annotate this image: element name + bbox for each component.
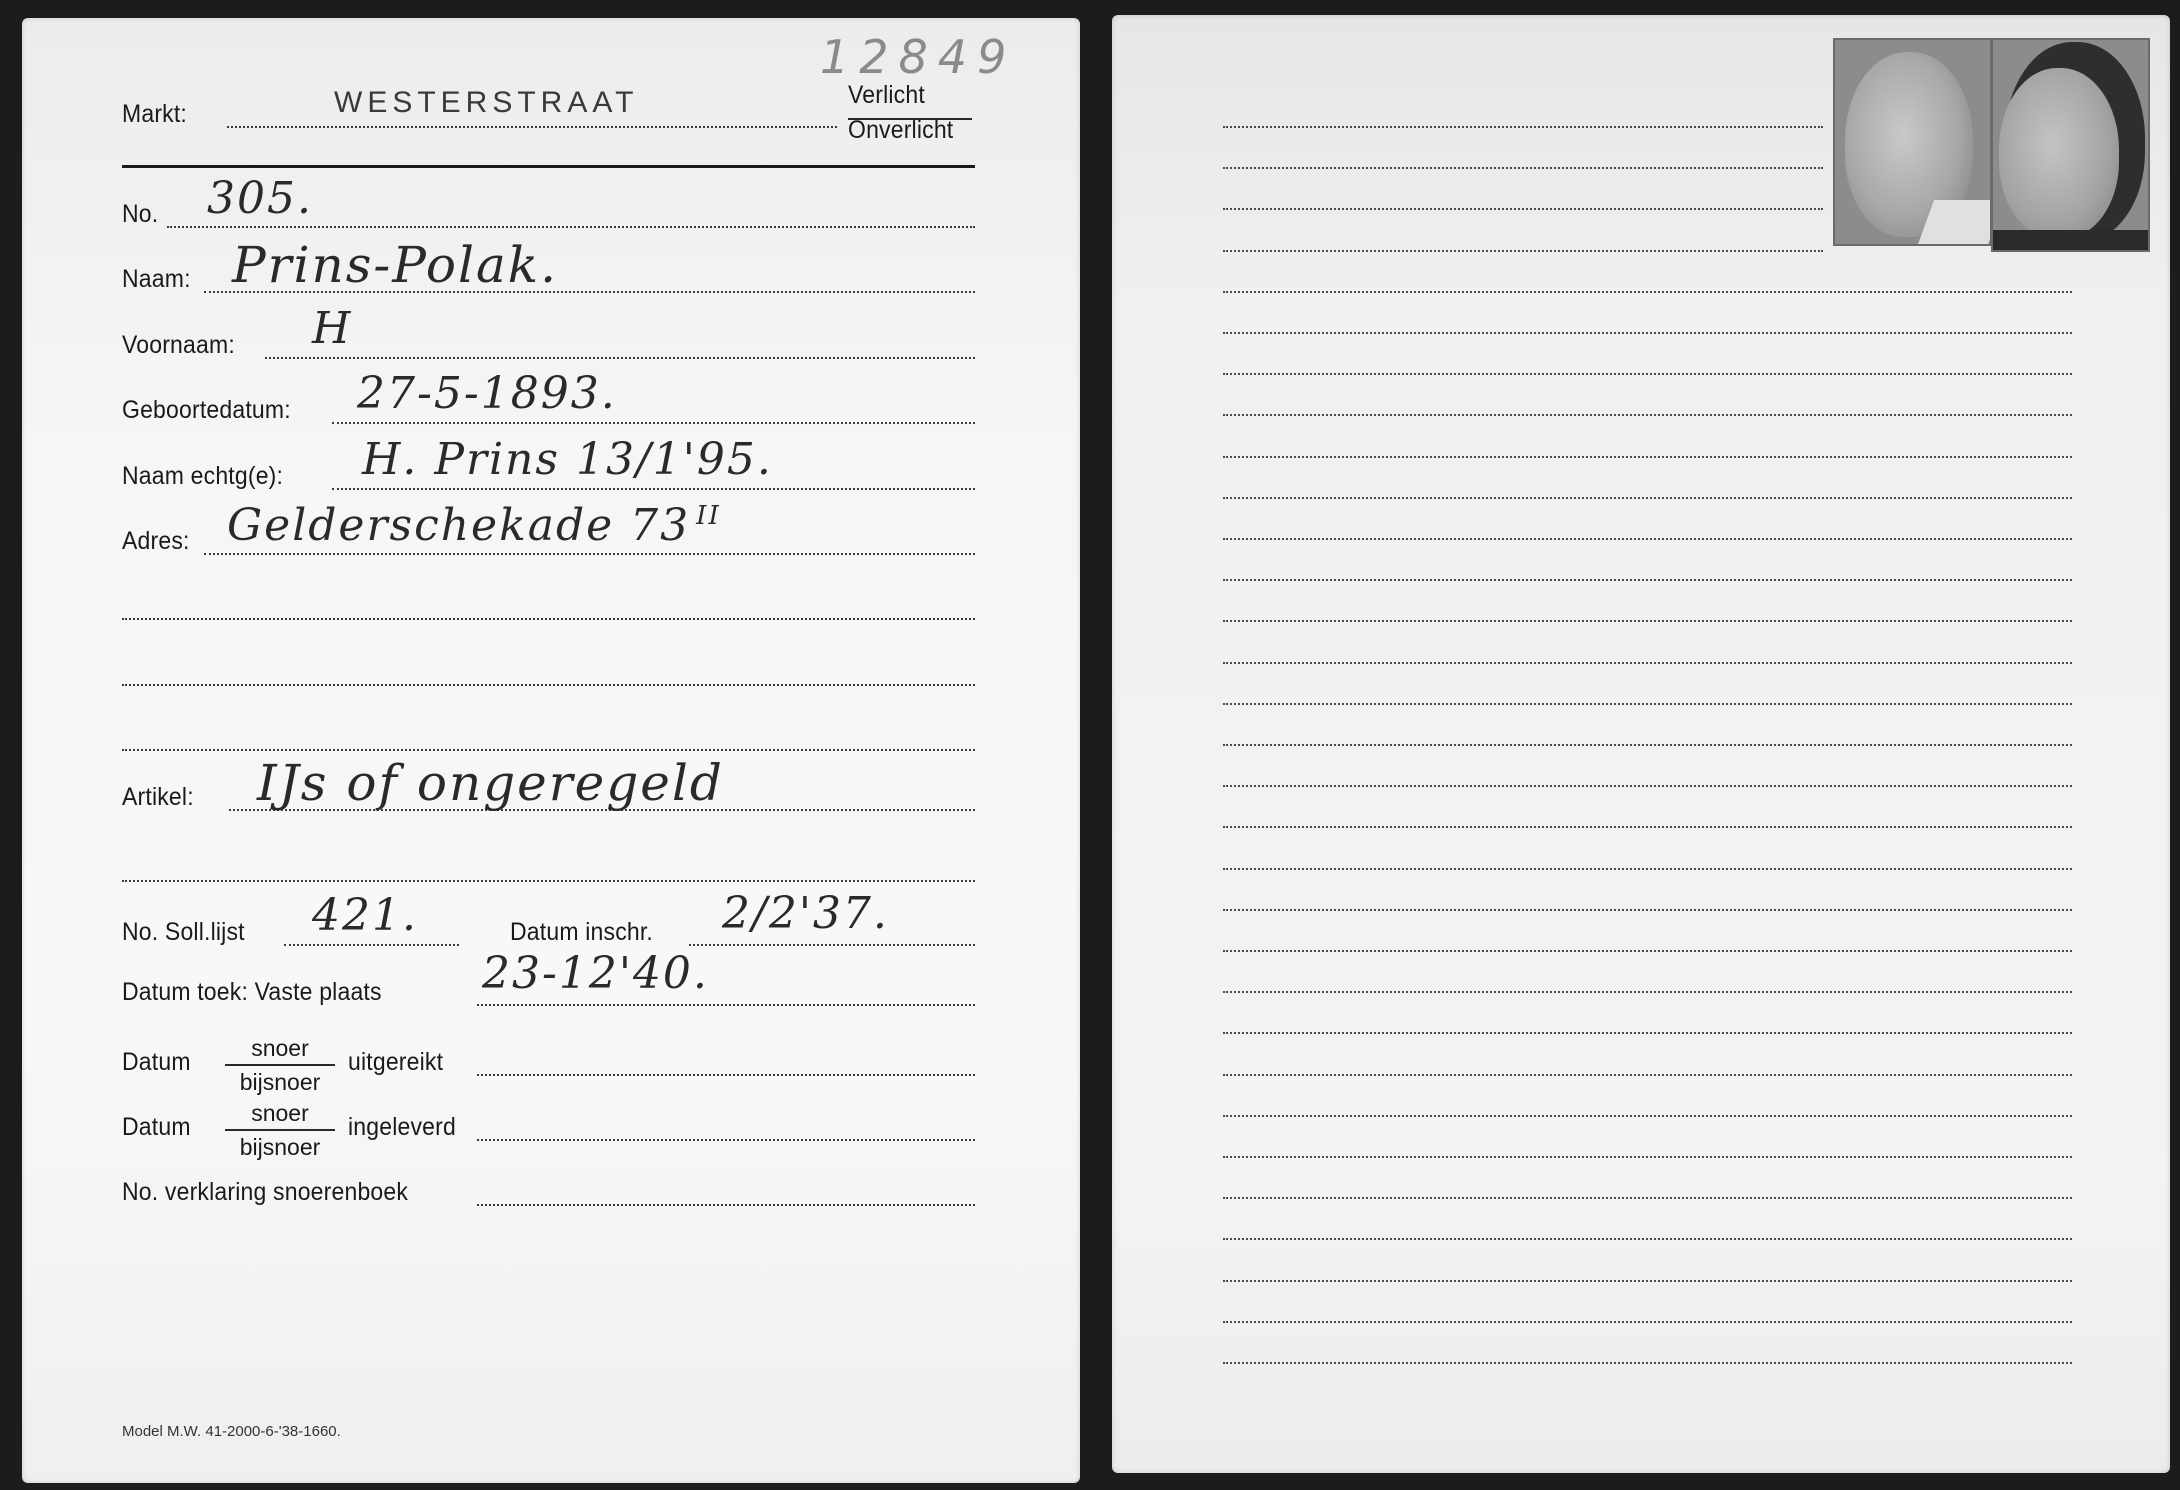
naam-value[interactable]: Prins-Polak. <box>232 236 558 294</box>
adres-label: Adres: <box>122 527 190 556</box>
face-woman <box>1999 68 2119 238</box>
soll-lijst-field-line <box>284 944 459 946</box>
naam-echtgenoot-label: Naam echtg(e): <box>122 462 283 491</box>
datum-inschr-field-line <box>689 944 975 946</box>
ruled-line[interactable] <box>1223 579 2072 581</box>
ingeleverd-fraction: snoer bijsnoer <box>225 1098 335 1162</box>
geboortedatum-label: Geboortedatum: <box>122 396 291 425</box>
no-label: No. <box>122 200 158 229</box>
datum-inschr-value[interactable]: 2/2'37. <box>722 888 889 939</box>
ruled-line[interactable] <box>1223 620 2072 622</box>
naam-echtgenoot-field-line <box>332 488 975 490</box>
ruled-line[interactable] <box>1223 291 2072 293</box>
uitgereikt-field-line[interactable] <box>477 1074 975 1076</box>
artikel-extra-line <box>122 880 975 882</box>
artikel-label: Artikel: <box>122 783 194 812</box>
ingeleverd-prefix: Datum <box>122 1113 191 1142</box>
ruled-line[interactable] <box>1223 167 1823 169</box>
frac-bar <box>225 1129 335 1131</box>
frac-top: snoer <box>225 1098 335 1128</box>
datum-toek-value[interactable]: 23-12'40. <box>482 948 709 999</box>
soll-lijst-label: No. Soll.lijst <box>122 918 245 947</box>
verklaring-field-line[interactable] <box>477 1204 975 1206</box>
ruled-line[interactable] <box>1223 538 2072 540</box>
dress <box>1993 230 2148 250</box>
adres-floor: II <box>696 501 721 531</box>
adres-extra-line-1 <box>122 618 975 620</box>
markt-value[interactable]: WESTERSTRAAT <box>334 86 638 120</box>
ruled-line[interactable] <box>1223 208 1823 210</box>
uitgereikt-prefix: Datum <box>122 1048 191 1077</box>
archive-number: 12849 <box>820 30 1016 84</box>
adres-extra-line-2 <box>122 684 975 686</box>
naam-label: Naam: <box>122 265 191 294</box>
frac-bar <box>225 1064 335 1066</box>
ruled-line[interactable] <box>1223 909 2072 911</box>
uitgereikt-fraction: snoer bijsnoer <box>225 1033 335 1097</box>
ruled-line[interactable] <box>1223 950 2072 952</box>
lighting-option-verlicht: Verlicht <box>848 81 925 110</box>
lighting-option-onverlicht: Onverlicht <box>848 116 953 145</box>
ruled-line[interactable] <box>1223 1197 2072 1199</box>
ruled-line[interactable] <box>1223 868 2072 870</box>
ruled-line[interactable] <box>1223 1074 2072 1076</box>
ruled-line[interactable] <box>1223 1321 2072 1323</box>
ruled-line[interactable] <box>1223 126 1823 128</box>
no-field-line <box>167 226 975 228</box>
form-model-footer: Model M.W. 41-2000-6-'38-1660. <box>122 1423 341 1440</box>
ruled-line[interactable] <box>1223 456 2072 458</box>
ruled-line[interactable] <box>1223 826 2072 828</box>
adres-extra-line-3 <box>122 749 975 751</box>
uitgereikt-suffix: uitgereikt <box>348 1048 443 1077</box>
photo-woman <box>1991 38 2150 252</box>
artikel-value[interactable]: IJs of ongeregeld <box>257 754 724 812</box>
adres-value[interactable]: Gelderschekade 73II <box>227 500 721 551</box>
ruled-line[interactable] <box>1223 1156 2072 1158</box>
ruled-line[interactable] <box>1223 250 1823 252</box>
datum-toek-field-line <box>477 1004 975 1006</box>
ruled-line[interactable] <box>1223 991 2072 993</box>
registration-card-front: 12849 Markt: WESTERSTRAAT Verlicht Onver… <box>22 18 1080 1483</box>
frac-bottom: bijsnoer <box>225 1067 335 1097</box>
ruled-line[interactable] <box>1223 373 2072 375</box>
ruled-line[interactable] <box>1223 703 2072 705</box>
ruled-line[interactable] <box>1223 744 2072 746</box>
voornaam-field-line <box>265 357 975 359</box>
ruled-line[interactable] <box>1223 497 2072 499</box>
ingeleverd-field-line[interactable] <box>477 1139 975 1141</box>
frac-bottom: bijsnoer <box>225 1132 335 1162</box>
ruled-line[interactable] <box>1223 1238 2072 1240</box>
markt-field-line <box>227 126 837 128</box>
verklaring-label: No. verklaring snoerenboek <box>122 1178 408 1207</box>
registration-card-back <box>1112 15 2170 1473</box>
geboortedatum-field-line <box>332 422 975 424</box>
frac-top: snoer <box>225 1033 335 1063</box>
ruled-line[interactable] <box>1223 414 2072 416</box>
datum-inschr-label: Datum inschr. <box>510 918 653 947</box>
ruled-line[interactable] <box>1223 1032 2072 1034</box>
adres-street: Gelderschekade 73 <box>227 500 690 551</box>
voornaam-value[interactable]: H <box>312 303 352 354</box>
naam-echtgenoot-value[interactable]: H. Prins 13/1'95. <box>362 434 773 485</box>
soll-lijst-value[interactable]: 421. <box>312 890 418 941</box>
ingeleverd-suffix: ingeleverd <box>348 1113 456 1142</box>
header-rule <box>122 165 975 168</box>
datum-toek-label: Datum toek: Vaste plaats <box>122 978 382 1007</box>
ruled-line[interactable] <box>1223 1115 2072 1117</box>
adres-field-line <box>204 553 975 555</box>
markt-label: Markt: <box>122 100 187 129</box>
ruled-line[interactable] <box>1223 785 2072 787</box>
ruled-line[interactable] <box>1223 1362 2072 1364</box>
ruled-line[interactable] <box>1223 1280 2072 1282</box>
ruled-line[interactable] <box>1223 662 2072 664</box>
no-value[interactable]: 305. <box>207 173 313 224</box>
photo-man <box>1833 38 1992 246</box>
geboortedatum-value[interactable]: 27-5-1893. <box>357 368 617 419</box>
ruled-line[interactable] <box>1223 332 2072 334</box>
voornaam-label: Voornaam: <box>122 331 235 360</box>
